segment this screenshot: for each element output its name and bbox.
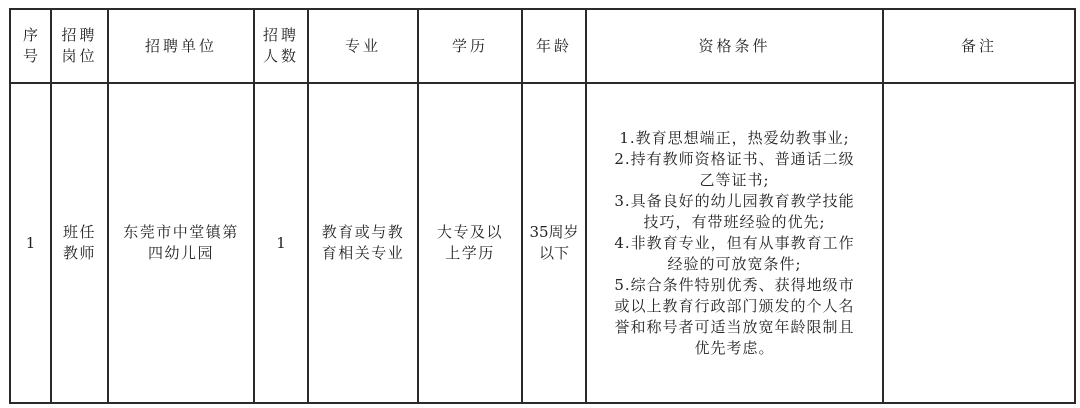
- cell-age: 35周岁 以下: [522, 83, 586, 403]
- qualification-line: 或以上教育行政部门颁发的个人名: [587, 296, 882, 317]
- cell-remarks: [883, 83, 1075, 403]
- header-no: 序 号: [10, 9, 51, 83]
- qualification-line: 技巧，有带班经验的优先;: [587, 212, 882, 233]
- qualification-line: 优先考虑。: [587, 338, 882, 359]
- header-unit: 招聘单位: [108, 9, 254, 83]
- qualification-line: 2.持有教师资格证书、普通话二级: [587, 149, 882, 170]
- cell-position: 班任 教师: [51, 83, 108, 403]
- qualification-line: 经验的可放宽条件;: [587, 254, 882, 275]
- cell-unit: 东莞市中堂镇第 四幼儿园: [108, 83, 254, 403]
- header-remarks: 备注: [883, 9, 1075, 83]
- qualification-line: 4.非教育专业，但有从事教育工作: [587, 233, 882, 254]
- qualification-line: 5.综合条件特别优秀、获得地级市: [587, 275, 882, 296]
- cell-no: 1: [10, 83, 51, 403]
- recruitment-table: 序 号 招聘 岗位 招聘单位 招聘 人数 专业 学历 年龄 资格条件 备注: [9, 8, 1076, 404]
- header-major: 专业: [308, 9, 418, 83]
- header-age: 年龄: [522, 9, 586, 83]
- header-education: 学历: [418, 9, 522, 83]
- cell-count: 1: [254, 83, 308, 403]
- cell-qualifications: 1.教育思想端正，热爱幼教事业; 2.持有教师资格证书、普通话二级 乙等证书; …: [586, 83, 883, 403]
- table-row: 1 班任 教师 东莞市中堂镇第 四幼儿园 1 教育或与教 育相关专业 大专及以 …: [10, 83, 1075, 403]
- header-position: 招聘 岗位: [51, 9, 108, 83]
- header-count: 招聘 人数: [254, 9, 308, 83]
- qualification-line: 3.具备良好的幼儿园教育教学技能: [587, 191, 882, 212]
- qualification-line: 乙等证书;: [587, 170, 882, 191]
- qualification-line: 誉和称号者可适当放宽年龄限制且: [587, 317, 882, 338]
- header-row: 序 号 招聘 岗位 招聘单位 招聘 人数 专业 学历 年龄 资格条件 备注: [10, 9, 1075, 83]
- cell-major: 教育或与教 育相关专业: [308, 83, 418, 403]
- qualification-line: 1.教育思想端正，热爱幼教事业;: [587, 128, 882, 149]
- header-qualifications: 资格条件: [586, 9, 883, 83]
- cell-education: 大专及以 上学历: [418, 83, 522, 403]
